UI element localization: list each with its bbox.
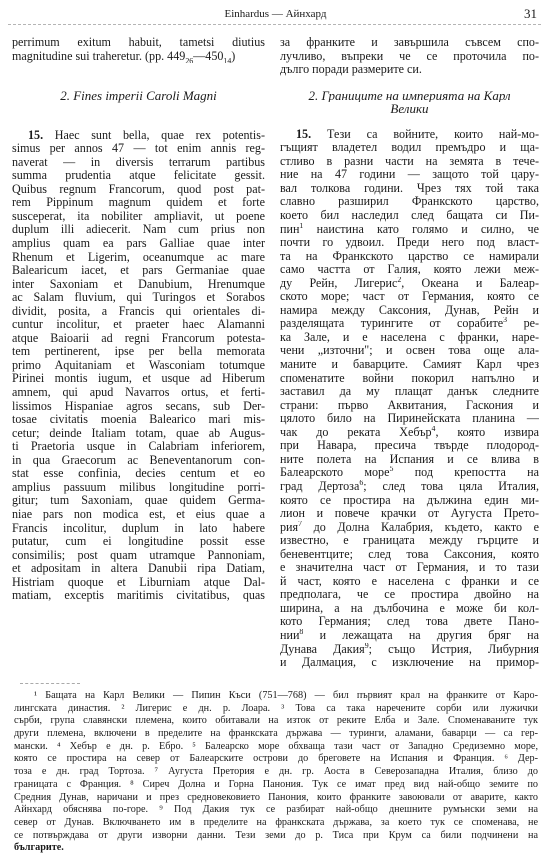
latin-line: dividit, posita, a Francis qui orientale… — [12, 305, 265, 319]
footnote-marker: 2 — [397, 277, 401, 284]
footnote-rule — [20, 683, 80, 684]
bulgarian-line: кото Германия; след това двете Пано- — [280, 615, 539, 629]
footnote-line: ¹ Бащата на Карл Велики — Пипин Къси (75… — [14, 690, 538, 703]
footnote-line: се потвърждава от други изворни данни. Т… — [14, 830, 538, 843]
latin-line: Balearicum iacet, et pars Germaniae quae — [12, 264, 265, 278]
latin-line: naverat — in diversis terrarum partibus — [12, 156, 265, 170]
bulgarian-line: цялото било на Пиринейската планина — — [280, 412, 539, 426]
footnote-marker: 8 — [299, 629, 303, 636]
bulgarian-section-title-line-2: Велики — [280, 102, 539, 116]
latin-line: matiam, exceptis maritimis civitatibus, … — [12, 589, 265, 603]
footnote-line: границата с Франция. ⁸ Сиреч Долна и Гор… — [14, 779, 538, 792]
latin-line: cetur; deinde Italiam totam, quae ab Aug… — [12, 427, 265, 441]
latin-line: Rhenum et Ligerim, oceanumque ac mare — [12, 251, 265, 265]
bulgarian-line: което бил наследил след бащата си Пи- — [280, 209, 539, 223]
spacer — [12, 103, 265, 129]
latin-line: atque Baioarii ad regni Francorum potest… — [12, 332, 265, 346]
spacer — [12, 63, 265, 89]
latin-line: Quibus regnum Francorum, quod post pat- — [12, 183, 265, 197]
latin-carryover-text: magnitudine sui traheretur. (pp. 449 — [12, 50, 185, 63]
latin-line: tosae civitatis moenia Balearico mari mi… — [12, 413, 265, 427]
footnote-marker: 5 — [389, 466, 393, 473]
latin-line: Francis incolitur, duplum in lato habere — [12, 522, 265, 536]
latin-line: lissimos Hispaniae agros secans, sub Der… — [12, 400, 265, 414]
footnote-line: сърби, група славянски племена, които об… — [14, 715, 538, 728]
footnote-line: тоза е дн. град Тортоза. ⁷ Аугуста Прето… — [14, 766, 538, 779]
book-page: Einhardus — Айнхард 31 perrimum exitum h… — [0, 0, 551, 853]
bulgarian-line: беневентците; след това Саксония, която — [280, 548, 539, 562]
latin-line: amplius quam ea pars Galliae quae inter — [12, 237, 265, 251]
latin-line: stat esse confinia, decies centum et eo — [12, 467, 265, 481]
latin-section-title: 2. Fines imperii Caroli Magni — [12, 89, 265, 103]
bulgarian-section-title-line-1: 2. Границите на империята на Карл — [280, 89, 539, 103]
latin-carryover-line-citation: magnitudine sui traheretur. (pp. 44926—4… — [12, 50, 265, 64]
bulgarian-line: чени „източни"; и освен това още ала- — [280, 344, 539, 358]
bulgarian-line: й част, която е населена с франки и се — [280, 575, 539, 589]
bulgarian-line: само частта от Галия, която лежи меж- — [280, 263, 539, 277]
bulgarian-line: разделящата турингите от сорабите3 ре- — [280, 317, 539, 331]
footnote-marker: 7 — [298, 521, 302, 528]
bulgarian-line: град Дертоза6; след това цяла Италия, — [280, 480, 539, 494]
latin-line: Histriam quoque et Liburniam atque Dal- — [12, 576, 265, 590]
bulgarian-line: предполага, че се простира двойно на — [280, 588, 539, 602]
latin-line: inter Saxoniam et Danubium, Hrenumque — [12, 278, 265, 292]
footnote-line: север от Дунав. Включването им в предели… — [14, 817, 538, 830]
bulgarian-line: стливо в разни части на земята в тече- — [280, 155, 539, 169]
bulgarian-line: е значителна част от Германия, и то тази — [280, 561, 539, 575]
bulgarian-column: за франките и завършила съвсем спо- лучл… — [280, 36, 539, 670]
bulgarian-line: ширина, а на дълбочина е може би кол- — [280, 602, 539, 616]
bulgarian-line: та на Франкското царство се намирали — [280, 250, 539, 264]
bulgarian-line: чак до реката Хебър4, която извира — [280, 426, 539, 440]
bulgarian-line: ка Зале, и е населена с франки, наре- — [280, 331, 539, 345]
paragraph-number: 15. — [296, 128, 327, 141]
latin-carryover-line: perrimum exitum habuit, tametsi diutius — [12, 36, 265, 50]
footnote-marker: 4 — [432, 426, 436, 433]
latin-line: cuntur incolitur, et praeter haec Alaman… — [12, 318, 265, 332]
bulgarian-line: почти го удвоил. Преди него под власт- — [280, 236, 539, 250]
latin-line: rem Pippinum magnum quidem et forte — [12, 196, 265, 210]
footnote-marker: 3 — [503, 317, 507, 324]
latin-line: in qua Graecorum ac Beneventanorum con- — [12, 454, 265, 468]
bulgarian-line: нии8 и лежащата на другия бряг на — [280, 629, 539, 643]
footnote-line: мански. ⁴ Хебър е дн. р. Ебро. ⁵ Балеарс… — [14, 741, 538, 754]
bulgarian-paragraph: 15. Тези са войните, които най-мо-гъщият… — [280, 128, 539, 670]
latin-line: primo Aquitaniam et Wasconiam totumque — [12, 359, 265, 373]
latin-line: duplum illi adiecerit. Nam cum prius non — [12, 223, 265, 237]
latin-line: simus per annos 47 — tot enim annis reg- — [12, 142, 265, 156]
citation-dash: — — [193, 50, 205, 63]
bulgarian-line: която се простира на дължина един ми- — [280, 494, 539, 508]
latin-line: ti Praetoria usque in Calabriam inferior… — [12, 440, 265, 454]
latin-line: niae pars non modica est, et eius quae a — [12, 508, 265, 522]
bulgarian-line: ние на 47 години — защото той цару- — [280, 168, 539, 182]
citation-start-line: 26 — [185, 56, 193, 63]
bulgarian-line: славно разширил Франкското царство, — [280, 195, 539, 209]
latin-line: tem pertinerent, ipse per bella memorata — [12, 345, 265, 359]
bulgarian-line: 15. Тези са войните, които най-мо- — [280, 128, 539, 142]
latin-line: consimilis; post quam utramque Pannoniam… — [12, 549, 265, 563]
footnote-marker: 1 — [299, 223, 303, 230]
latin-line: susceperat, ita nobiliter ampliavit, ut … — [12, 210, 265, 224]
bulgarian-line: при Навара, пресича твърде плодород- — [280, 439, 539, 453]
spacer — [280, 116, 539, 128]
footnote-line: Айнхард обяснява по-горе. ⁹ Под Дакия ту… — [14, 804, 538, 817]
footnotes: ¹ Бащата на Карл Велики — Пипин Къси (75… — [14, 690, 538, 853]
latin-paragraph: 15. Haec sunt bella, quae rex potentis-s… — [12, 129, 265, 603]
latin-line: gitur; tum Saxoniam, quae quidem Germa- — [12, 494, 265, 508]
citation-close: ) — [231, 50, 235, 63]
bulgarian-line: споменатите войни покорил напълно и — [280, 372, 539, 386]
bulgarian-line: известно, е границата между гърците и — [280, 534, 539, 548]
latin-column: perrimum exitum habuit, tametsi diutius … — [12, 36, 265, 603]
footnote-line: която се простира на север от Балеарскит… — [14, 753, 538, 766]
bulgarian-line: лион и повече крачки от Аугуста Прето- — [280, 507, 539, 521]
footnote-line: лингската династия. ² Лигерис е дн. р. Л… — [14, 703, 538, 716]
bulgarian-carryover-line: за франките и завършила съвсем спо- — [280, 36, 539, 50]
spacer — [280, 77, 539, 89]
bulgarian-line: ните полета на Испания и се влива в — [280, 453, 539, 467]
footnote-marker: 6 — [359, 480, 363, 487]
citation-end-page: 450 — [205, 50, 223, 63]
footnote-marker: 9 — [365, 643, 369, 650]
bulgarian-line: Балеарското море5 под крепостта на — [280, 466, 539, 480]
bulgarian-line: ското море; част от Германия, която се — [280, 290, 539, 304]
footnote-line: други племена, включени в пределите на ф… — [14, 728, 538, 741]
latin-line: 15. Haec sunt bella, quae rex potentis- — [12, 129, 265, 143]
bulgarian-line: вал толкова години. Чрез тях той така — [280, 182, 539, 196]
bulgarian-line: ду Рейн, Лигерис2, Океана и Балеар- — [280, 277, 539, 291]
bulgarian-line: маните и баварците. Самият Карл чрез — [280, 358, 539, 372]
page-number: 31 — [524, 6, 537, 22]
latin-line: ac Salam fluvium, qui Turingos et Sorabo… — [12, 291, 265, 305]
running-head: Einhardus — Айнхард 31 — [0, 6, 551, 22]
bulgarian-line: страни: първо Аквитания, Гаскония и — [280, 399, 539, 413]
latin-line: Pirinei montis iugum, et usque ad Hiberu… — [12, 372, 265, 386]
footnote-line: Средния Дунав, наричани и през средновек… — [14, 792, 538, 805]
bulgarian-line: рия7 до Долна Калабрия, където, както е — [280, 521, 539, 535]
latin-line: et adpositam in altera Danubii ripa Dati… — [12, 562, 265, 576]
running-title: Einhardus — Айнхард — [0, 8, 551, 20]
header-rule — [8, 24, 541, 25]
bulgarian-line: и Далмация, с изключение на примор- — [280, 656, 539, 670]
bulgarian-line: намира между Саксония, Дунав, Рейн и — [280, 304, 539, 318]
bulgarian-line: гъщият владетел водил премъдро и ща- — [280, 141, 539, 155]
footnote-line: българите. — [14, 842, 538, 853]
bulgarian-line: Дунава Дакия9; също Истрия, Либурния — [280, 643, 539, 657]
latin-line: amplius passuum milibus longitudine porr… — [12, 481, 265, 495]
bulgarian-carryover-line: лучливо, въпреки че се проточила по- — [280, 50, 539, 64]
latin-line: amnem, qui apud Navarros ortus, et ferti… — [12, 386, 265, 400]
paragraph-number: 15. — [28, 129, 55, 142]
bulgarian-carryover-line: дълго поради размерите си. — [280, 63, 539, 77]
bulgarian-line: пин1 наистина като голямо и силно, че — [280, 223, 539, 237]
latin-line: summa prudentia atque felicitate gessit. — [12, 169, 265, 183]
bulgarian-line: заставил да му плащат данък следните — [280, 385, 539, 399]
latin-line: putatur, cum ei longitudine possit esse — [12, 535, 265, 549]
